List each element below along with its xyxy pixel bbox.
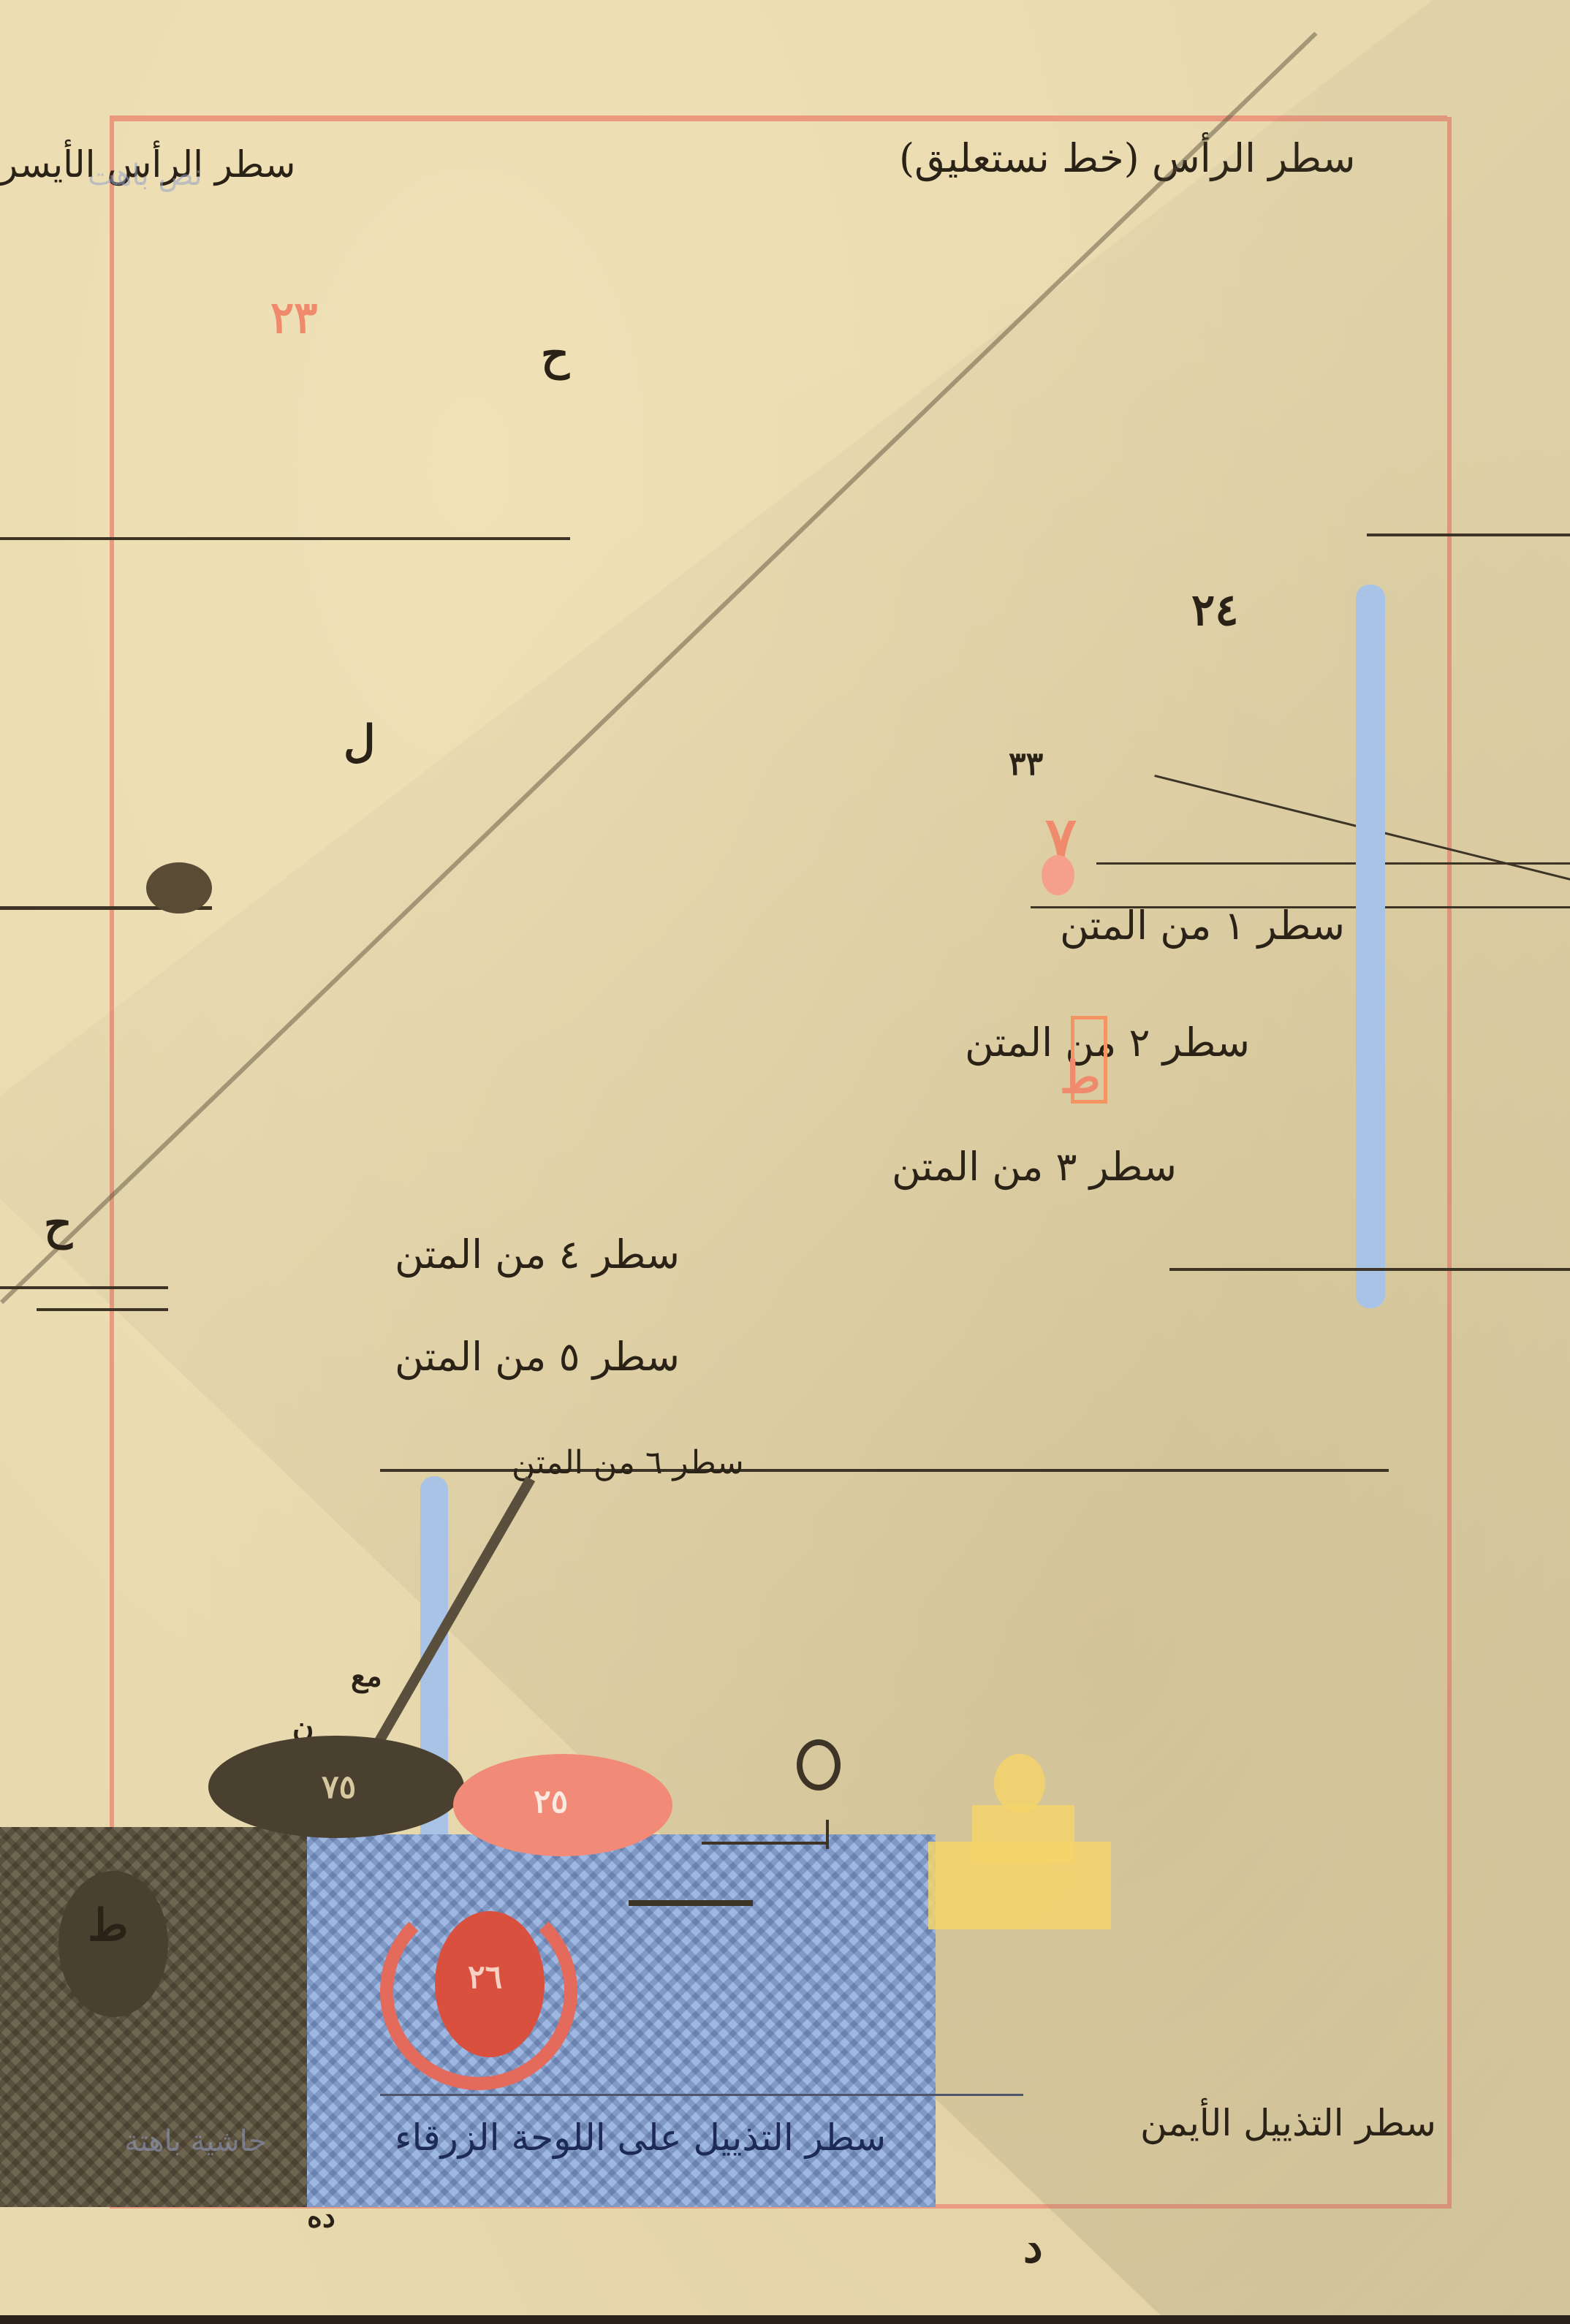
- diagram-letter-left: ل: [344, 716, 376, 767]
- blue-vertical-bar-right: [1356, 585, 1385, 1308]
- bottom-right-mark: د: [1023, 2222, 1043, 2273]
- text-line-5: سطر ٥ من المتن: [395, 1337, 680, 1377]
- hook-ornament: [797, 1739, 841, 1791]
- yellow-figure-head: [994, 1754, 1045, 1812]
- label-small-1: مع: [351, 1659, 382, 1693]
- diagram-top-line-right: [1367, 533, 1570, 536]
- catchword: ده: [307, 2200, 335, 2234]
- diagram-letter-left-lower: ح: [44, 1199, 72, 1250]
- diagram-letter-top: ح: [541, 329, 569, 380]
- dark-panel-label: ط: [88, 1900, 129, 1951]
- footer-rule: [380, 2094, 1023, 2096]
- diagram-number-right-small: ٣٣: [1009, 745, 1043, 783]
- diagram-left-lower-line-2: [37, 1308, 168, 1311]
- stepped-outline-1: [702, 1842, 826, 1845]
- diagram-mid-line-right: [1169, 1268, 1570, 1271]
- stepped-outline-2: [826, 1820, 829, 1849]
- diagram-top-line-left: [0, 537, 570, 540]
- diagram-number-right: ٢٤: [1191, 585, 1238, 636]
- red-disk-label: ٢٥: [534, 1783, 568, 1820]
- text-line-6: سطر ٦ من المتن: [512, 1447, 744, 1479]
- text-line-4: سطر ٤ من المتن: [395, 1235, 680, 1275]
- folio-number: ٢٣: [270, 292, 317, 343]
- diagram-left-lower-line-1: [0, 1286, 168, 1289]
- rubric-box-letter: ط: [1060, 1052, 1101, 1104]
- footer-caption: سطر التذييل على اللوحة الزرقاء: [395, 2119, 886, 2156]
- text-line-1: سطر ١ من المتن: [1060, 906, 1345, 946]
- text-line-3: سطر ٣ من المتن: [892, 1147, 1177, 1187]
- yellow-figure-base: [928, 1842, 1111, 1929]
- dark-disk-label: ٧٥: [322, 1769, 356, 1806]
- diagram-red-dot: [1042, 855, 1074, 895]
- photo-bottom-edge: [0, 2315, 1570, 2324]
- red-ring-label: ٢٦: [468, 1959, 502, 1996]
- footer-right-line: سطر التذييل الأيمن: [1140, 2105, 1436, 2141]
- frame-rule-top: [110, 115, 1447, 121]
- header-left-faded: نص باهت: [88, 161, 202, 190]
- stepped-outline-3: [629, 1900, 753, 1906]
- footer-left-note: حاشية باهتة: [124, 2127, 267, 2156]
- diagram-dark-knob-left: [146, 862, 212, 914]
